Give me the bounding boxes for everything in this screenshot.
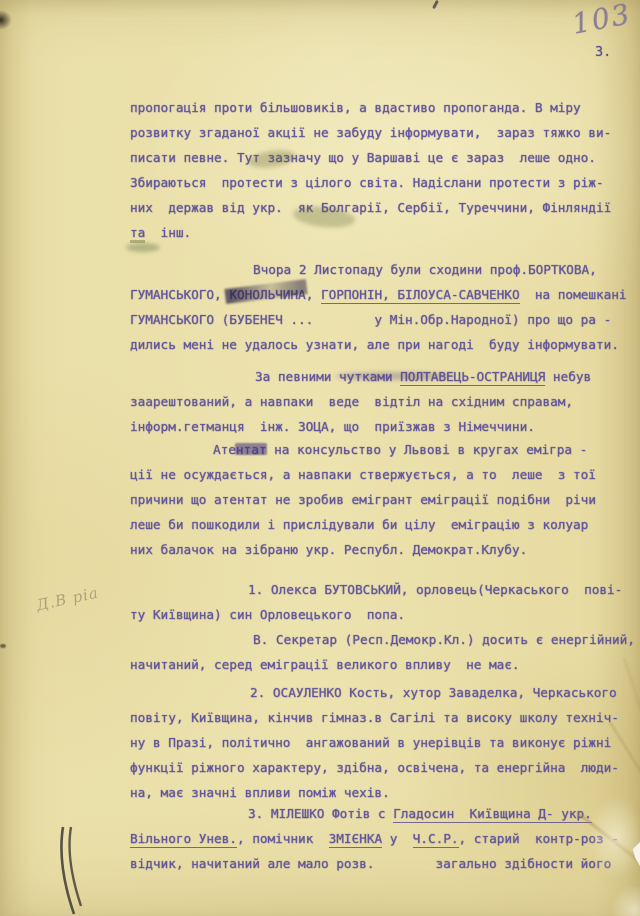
text-segment: інш. bbox=[145, 225, 191, 240]
text-line: Вільного Унев., помічник ЗМІЄНКА у Ч.С.Р… bbox=[130, 826, 635, 851]
text-segment: , bbox=[306, 287, 321, 302]
text-line: ту Київщина) син Орловецького попа. bbox=[130, 602, 635, 627]
text-segment: на консульство у Львові в кругах емігра … bbox=[266, 442, 587, 457]
smudged-text: КОНОЛЬЧИНА bbox=[229, 287, 305, 302]
text-line: ГУМАНСЬКОГО (БУБЕНЕЧ ... у Мін.Обр.Народ… bbox=[130, 307, 635, 332]
text-line: заарештований, а навпаки веде відтіл на … bbox=[130, 389, 635, 414]
text-line: функції ріжного характеру, здібна, освіч… bbox=[130, 755, 635, 780]
text-line: них балачок на зібраню укр. Республ. Дем… bbox=[130, 537, 635, 562]
text-line: ції не осуждається, а навпаки ствержуєть… bbox=[130, 462, 635, 487]
text-line: За певними чутками ПОЛТАВЕЦЬ-ОСТРАНИЦЯ н… bbox=[130, 364, 635, 389]
text-line: дились мені не удалось узнати, але при н… bbox=[130, 332, 635, 357]
text-line: 2. ОСАУЛЕНКО Кость, хутор Заваделка, Чер… bbox=[130, 680, 635, 705]
text-segment: За певними чутками bbox=[255, 369, 400, 384]
page-number-typed: 3. bbox=[595, 44, 611, 60]
text-line: начитаний, серед еміграції великого впли… bbox=[130, 652, 635, 677]
underlined-text: ЗМІЄНКА bbox=[329, 831, 382, 848]
text-line: Атентат на консульство у Львові в кругах… bbox=[130, 437, 635, 462]
text-line: писати певне. Тут зазначу що у Варшаві ц… bbox=[130, 145, 635, 170]
text-line: 3. МІЛЕШКО Фотів с Гладосин Київщина Д- … bbox=[130, 801, 635, 826]
text-line: та інш. bbox=[130, 220, 635, 245]
text-segment: у bbox=[382, 831, 413, 846]
text-line: розвитку згаданої акції не забуду інформ… bbox=[130, 120, 635, 145]
text-line: повіту, Київщина, кінчив гімназ.в Сагілі… bbox=[130, 705, 635, 730]
text-segment: на помешкані bbox=[520, 287, 627, 302]
pencil-strokes bbox=[48, 824, 98, 916]
paragraph-meeting: Вчора 2 Листопаду були сходини проф.БОРТ… bbox=[130, 257, 635, 357]
text-segment: , старий контр-роз - bbox=[459, 831, 619, 846]
underlined-text: Ч.С.Р. bbox=[413, 831, 459, 848]
ink-smudge-corner bbox=[0, 10, 12, 30]
list-item-1-butovskyi: 1. Олекса БУТОВСЬКИЙ, орловець(Черкасько… bbox=[130, 577, 635, 677]
text-line: ну в Празі, політично ангажований в унер… bbox=[130, 730, 635, 755]
overstruck-text: нтат bbox=[236, 442, 267, 457]
text-segment: небув bbox=[545, 369, 591, 384]
text-line: причини що атентат не зробив емігрант ем… bbox=[130, 487, 635, 512]
text-line: Вчора 2 Листопаду були сходини проф.БОРТ… bbox=[130, 257, 635, 282]
paragraph-poltavets: За певними чутками ПОЛТАВЕЦЬ-ОСТРАНИЦЯ н… bbox=[130, 364, 635, 439]
text-line: них держав від укр. як Болгарії, Сербії,… bbox=[130, 195, 635, 220]
list-item-2-osaulenko: 2. ОСАУЛЕНКО Кость, хутор Заваделка, Чер… bbox=[130, 680, 635, 805]
text-line: 1. Олекса БУТОВСЬКИЙ, орловець(Черкасько… bbox=[130, 577, 635, 602]
text-segment: 3. МІЛЕШКО Фотів с bbox=[248, 806, 393, 821]
text-line: інформ.гетманця інж. ЗОЦА, що приїзжав з… bbox=[130, 414, 635, 439]
list-item-3-mileshko: 3. МІЛЕШКО Фотів с Гладосин Київщина Д- … bbox=[130, 801, 635, 876]
underlined-text: Вільного Унев. bbox=[130, 831, 237, 848]
text-line: ГУМАНСЬКОГО, КОНОЛЬЧИНА, ГОРПОНІН, БІЛОУ… bbox=[130, 282, 635, 307]
text-line: відчик, начитаний але мало розв. загальн… bbox=[130, 851, 635, 876]
underlined-text: та bbox=[130, 225, 145, 243]
text-segment: ГУМАНСЬКОГО, bbox=[130, 287, 229, 302]
paragraph-propaganda: пропогація проти більшовиків, а вдастиво… bbox=[130, 95, 635, 245]
text-line: леше би пошкодили і прислідували би цілу… bbox=[130, 512, 635, 537]
scanned-document: 103 3. Д.В ріа пропогація проти більшови… bbox=[0, 0, 640, 916]
edge-speck bbox=[0, 644, 6, 648]
paragraph-attentat: Атентат на консульство у Львові в кругах… bbox=[130, 437, 635, 562]
text-line: Збираються протести з цілого світа. Наді… bbox=[130, 170, 635, 195]
text-line: В. Секретар (Респ.Демокр.Кл.) досить є е… bbox=[130, 627, 635, 652]
underlined-text: ПОЛТАВЕЦЬ-ОСТРАНИЦЯ bbox=[400, 369, 545, 386]
text-segment: , помічник bbox=[237, 831, 329, 846]
text-segment: Ате bbox=[213, 442, 236, 457]
underlined-text: Гладосин Київщина Д- укр. bbox=[393, 806, 592, 823]
underlined-text: ГОРПОНІН, БІЛОУСА-САВЧЕНКО bbox=[321, 287, 520, 304]
text-line: пропогація проти більшовиків, а вдастиво… bbox=[130, 95, 635, 120]
